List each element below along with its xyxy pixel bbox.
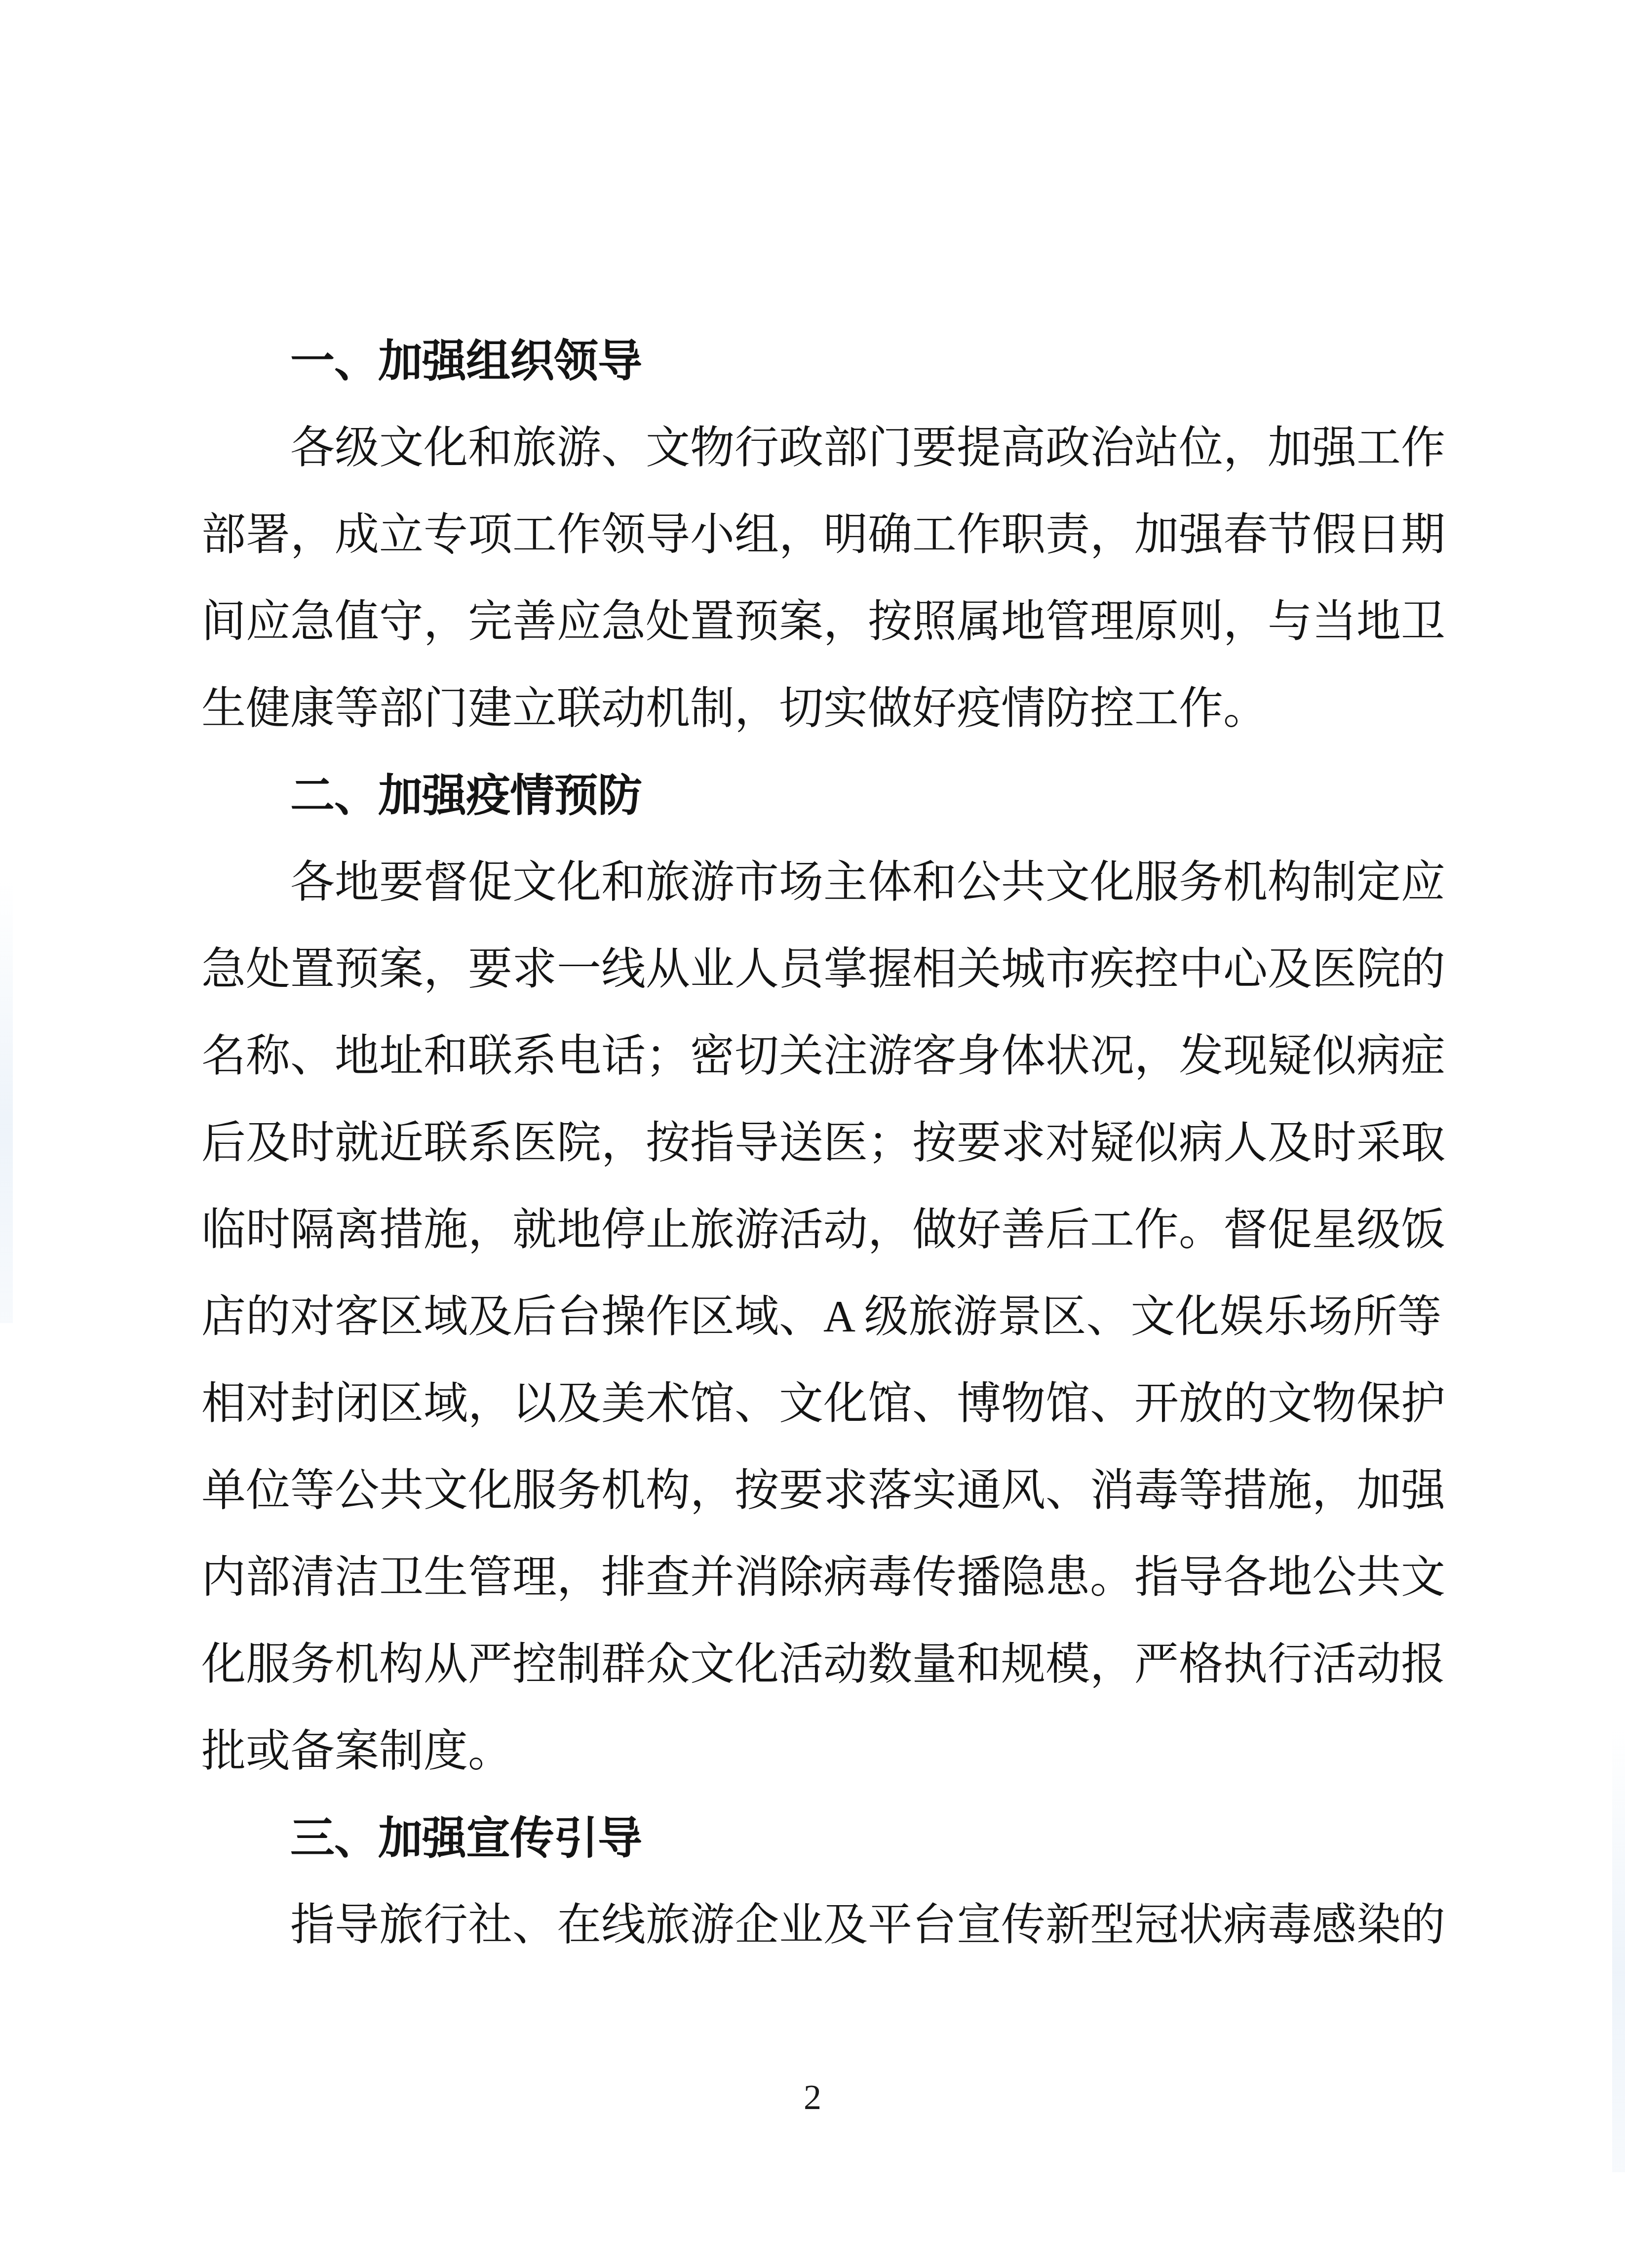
document-line: 名称、地址和联系电话；密切关注游客身体状况，发现疑似病症 <box>201 1031 1416 1118</box>
scanned-document-page: 一、加强组织领导 各级文化和旅游、文物行政部门要提高政治站位，加强工作 部署，成… <box>0 0 1625 2268</box>
document-line: 生健康等部门建立联动机制，切实做好疫情防控工作。 <box>201 683 1416 770</box>
document-line: 内部清洁卫生管理，排查并消除病毒传播隐患。指导各地公共文 <box>201 1552 1416 1639</box>
section-1-heading: 一、加强组织领导 <box>201 336 1416 423</box>
document-body: 一、加强组织领导 各级文化和旅游、文物行政部门要提高政治站位，加强工作 部署，成… <box>201 336 1416 1987</box>
document-line: 相对封闭区域，以及美术馆、文化馆、博物馆、开放的文物保护 <box>201 1378 1416 1465</box>
document-line: 部署，成立专项工作领导小组，明确工作职责，加强春节假日期 <box>201 509 1416 596</box>
document-line: 指导旅行社、在线旅游企业及平台宣传新型冠状病毒感染的 <box>201 1900 1416 1987</box>
document-line: 店的对客区域及后台操作区域、A 级旅游景区、文化娱乐场所等 <box>201 1291 1416 1378</box>
document-line: 间应急值守，完善应急处置预案，按照属地管理原则，与当地卫 <box>201 596 1416 683</box>
document-line: 批或备案制度。 <box>201 1726 1416 1813</box>
section-3-heading: 三、加强宣传引导 <box>201 1813 1416 1900</box>
document-line: 单位等公共文化服务机构，按要求落实通风、消毒等措施，加强 <box>201 1465 1416 1552</box>
document-line: 临时隔离措施，就地停止旅游活动，做好善后工作。督促星级饭 <box>201 1205 1416 1291</box>
page-number: 2 <box>0 2079 1625 2115</box>
scan-artifact <box>0 879 13 1323</box>
document-line: 各地要督促文化和旅游市场主体和公共文化服务机构制定应 <box>201 857 1416 944</box>
document-line: 化服务机构从严控制群众文化活动数量和规模，严格执行活动报 <box>201 1639 1416 1726</box>
document-line: 各级文化和旅游、文物行政部门要提高政治站位，加强工作 <box>201 423 1416 509</box>
document-line: 后及时就近联系医院，按指导送医；按要求对疑似病人及时采取 <box>201 1118 1416 1205</box>
section-2-heading: 二、加强疫情预防 <box>201 770 1416 857</box>
document-line: 急处置预案，要求一线从业人员掌握相关城市疾控中心及医院的 <box>201 944 1416 1031</box>
